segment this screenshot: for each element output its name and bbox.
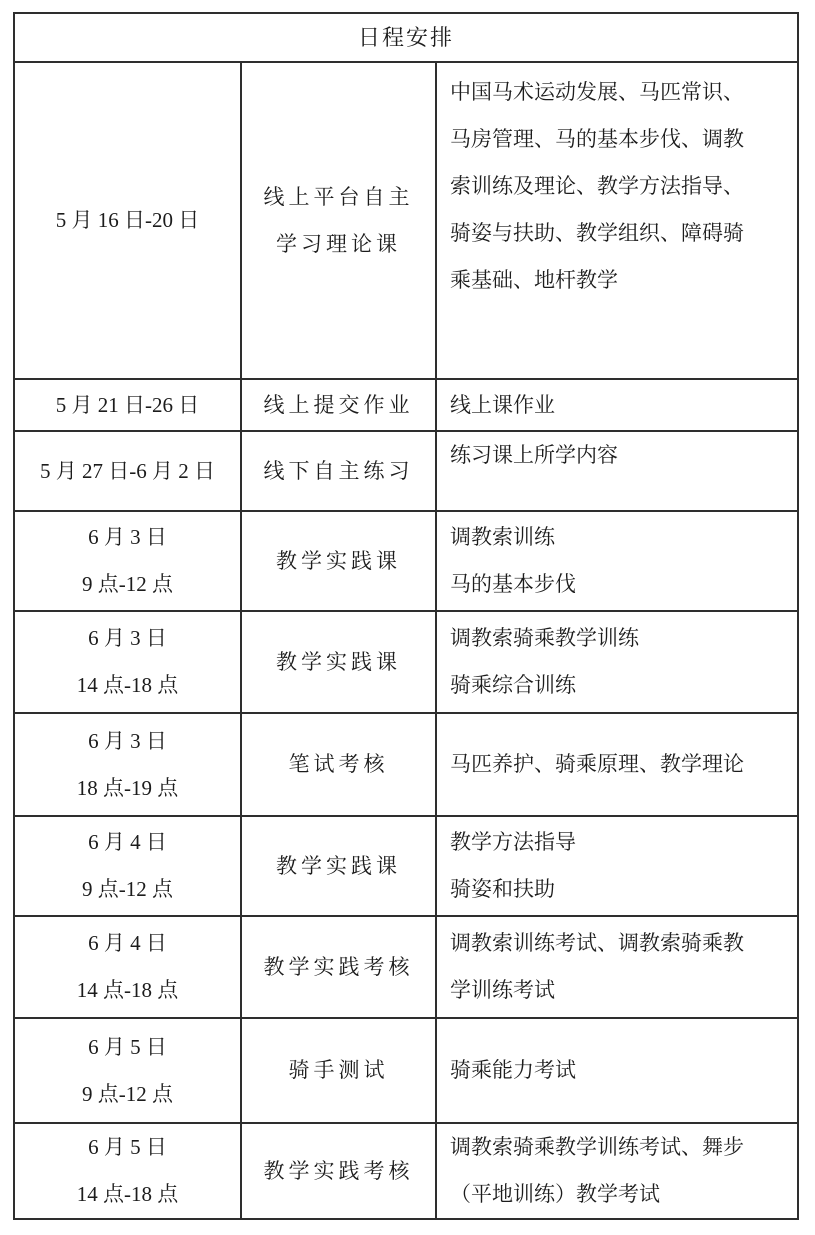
schedule-body: 5 月 16 日-20 日线上平台自主学习理论课中国马术运动发展、马匹常识、马房… [14,62,798,1219]
activity-cell: 线上平台自主学习理论课 [241,62,436,379]
activity-cell: 骑手测试 [241,1018,436,1123]
text-line: 骑乘综合训练 [450,662,791,709]
page-title: 日程安排 [14,13,798,62]
table-title-row: 日程安排 [14,13,798,62]
activity-cell: 线下自主练习 [241,431,436,511]
activity-cell: 教学实践课 [241,816,436,916]
content-cell: 调教索骑乘教学训练骑乘综合训练 [436,611,798,713]
content-cell: 骑乘能力考试 [436,1018,798,1123]
table-row: 5 月 21 日-26 日线上提交作业线上课作业 [14,379,798,431]
text-line: 中国马术运动发展、马匹常识、 [450,69,791,116]
table-row: 5 月 27 日-6 月 2 日线下自主练习练习课上所学内容 [14,431,798,511]
text-line: 教学实践课 [242,639,435,686]
activity-cell: 教学实践考核 [241,916,436,1018]
date-cell: 6 月 4 日9 点-12 点 [14,816,241,916]
table-row: 6 月 5 日9 点-12 点骑手测试骑乘能力考试 [14,1018,798,1123]
text-line: 调教索训练考试、调教索骑乘教 [450,920,791,967]
activity-cell: 教学实践课 [241,611,436,713]
text-line: 6 月 4 日 [15,819,240,866]
text-line: 6 月 3 日 [15,718,240,765]
content-cell: 马匹养护、骑乘原理、教学理论 [436,713,798,816]
content-cell: 中国马术运动发展、马匹常识、马房管理、马的基本步伐、调教索训练及理论、教学方法指… [436,62,798,379]
date-cell: 5 月 21 日-26 日 [14,379,241,431]
date-cell: 6 月 3 日9 点-12 点 [14,511,241,611]
content-cell: 练习课上所学内容 [436,431,798,511]
text-line: 马房管理、马的基本步伐、调教 [450,116,791,163]
date-cell: 6 月 4 日14 点-18 点 [14,916,241,1018]
date-cell: 6 月 5 日9 点-12 点 [14,1018,241,1123]
activity-cell: 教学实践课 [241,511,436,611]
table-row: 6 月 3 日9 点-12 点教学实践课调教索训练马的基本步伐 [14,511,798,611]
text-line: （平地训练）教学考试 [450,1171,791,1218]
table-row: 6 月 3 日14 点-18 点教学实践课调教索骑乘教学训练骑乘综合训练 [14,611,798,713]
text-line: 学习理论课 [242,221,435,268]
table-row: 5 月 16 日-20 日线上平台自主学习理论课中国马术运动发展、马匹常识、马房… [14,62,798,379]
text-line: 骑姿和扶助 [450,866,791,913]
text-line: 教学实践课 [242,538,435,585]
text-line: 6 月 5 日 [15,1124,240,1171]
text-line: 调教索训练 [450,514,791,561]
text-line: 骑姿与扶助、教学组织、障碍骑 [450,210,791,257]
text-line: 9 点-12 点 [15,866,240,913]
text-line: 9 点-12 点 [15,561,240,608]
table-row: 6 月 3 日18 点-19 点笔试考核马匹养护、骑乘原理、教学理论 [14,713,798,816]
activity-cell: 笔试考核 [241,713,436,816]
content-cell: 调教索骑乘教学训练考试、舞步（平地训练）教学考试 [436,1123,798,1219]
text-line: 调教索骑乘教学训练考试、舞步 [450,1124,791,1171]
text-line: 6 月 5 日 [15,1024,240,1071]
content-cell: 调教索训练考试、调教索骑乘教学训练考试 [436,916,798,1018]
text-line: 马的基本步伐 [450,561,791,608]
text-line: 5 月 27 日-6 月 2 日 [15,448,240,495]
text-line: 学训练考试 [450,967,791,1014]
text-line: 5 月 16 日-20 日 [15,197,240,244]
content-cell: 线上课作业 [436,379,798,431]
text-line: 线上课作业 [450,382,791,429]
date-cell: 6 月 3 日18 点-19 点 [14,713,241,816]
text-line: 6 月 3 日 [15,615,240,662]
text-line: 教学实践课 [242,843,435,890]
text-line: 教学实践考核 [242,1148,435,1195]
text-line: 6 月 3 日 [15,514,240,561]
text-line: 线上平台自主 [242,174,435,221]
text-line: 骑乘能力考试 [450,1047,791,1094]
text-line: 笔试考核 [242,741,435,788]
text-line: 教学实践考核 [242,944,435,991]
text-line: 教学方法指导 [450,819,791,866]
activity-cell: 线上提交作业 [241,379,436,431]
date-cell: 5 月 16 日-20 日 [14,62,241,379]
date-cell: 6 月 3 日14 点-18 点 [14,611,241,713]
text-line: 骑手测试 [242,1047,435,1094]
content-cell: 教学方法指导骑姿和扶助 [436,816,798,916]
text-line: 线上提交作业 [242,382,435,429]
text-line: 18 点-19 点 [15,765,240,812]
text-line: 14 点-18 点 [15,967,240,1014]
text-line: 6 月 4 日 [15,920,240,967]
table-row: 6 月 5 日14 点-18 点教学实践考核调教索骑乘教学训练考试、舞步（平地训… [14,1123,798,1219]
schedule-table: 日程安排 5 月 16 日-20 日线上平台自主学习理论课中国马术运动发展、马匹… [13,12,799,1220]
text-line: 线下自主练习 [242,448,435,495]
text-line: 14 点-18 点 [15,662,240,709]
date-cell: 6 月 5 日14 点-18 点 [14,1123,241,1219]
table-row: 6 月 4 日9 点-12 点教学实践课教学方法指导骑姿和扶助 [14,816,798,916]
text-line: 14 点-18 点 [15,1171,240,1218]
activity-cell: 教学实践考核 [241,1123,436,1219]
table-row: 6 月 4 日14 点-18 点教学实践考核调教索训练考试、调教索骑乘教学训练考… [14,916,798,1018]
text-line: 9 点-12 点 [15,1071,240,1118]
content-cell: 调教索训练马的基本步伐 [436,511,798,611]
text-line: 马匹养护、骑乘原理、教学理论 [450,741,791,788]
text-line: 练习课上所学内容 [450,432,791,479]
text-line: 索训练及理论、教学方法指导、 [450,163,791,210]
text-line: 5 月 21 日-26 日 [15,382,240,429]
text-line: 乘基础、地杆教学 [450,257,791,304]
text-line: 调教索骑乘教学训练 [450,615,791,662]
date-cell: 5 月 27 日-6 月 2 日 [14,431,241,511]
